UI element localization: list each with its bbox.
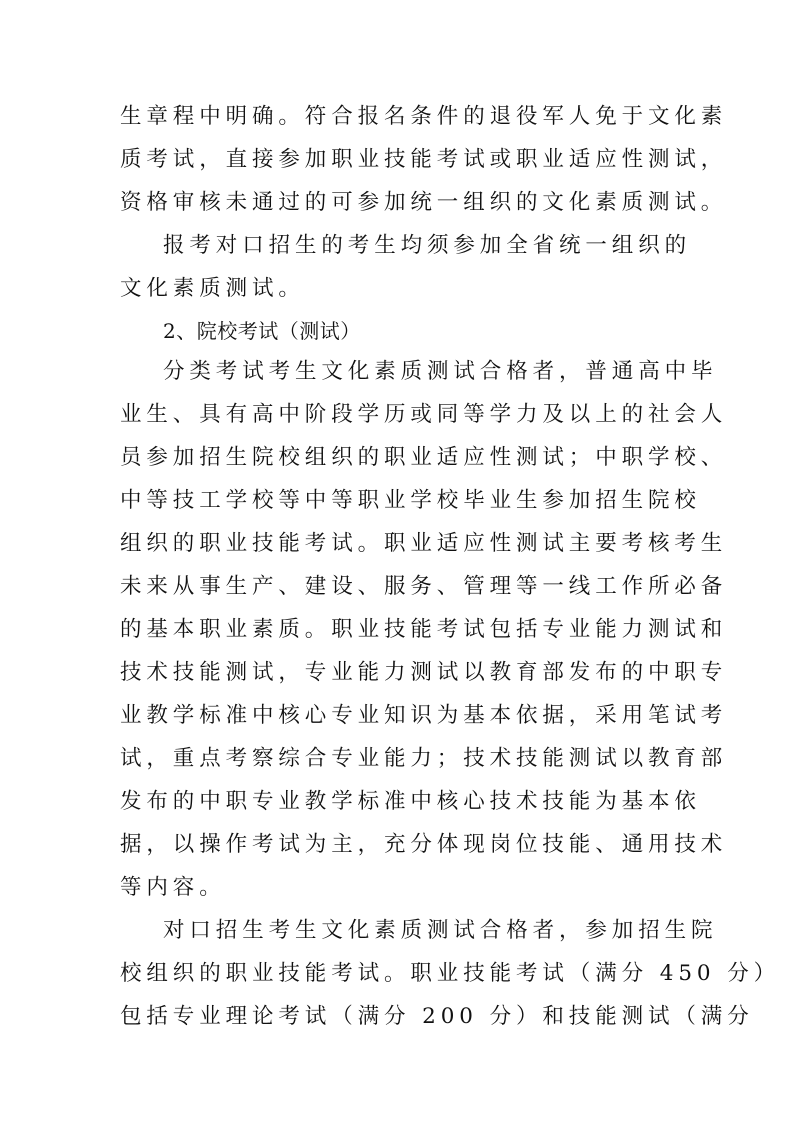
paragraph-line: 的基本职业素质。职业技能考试包括专业能力测试和 [120,613,686,647]
paragraph-line: 组织的职业技能考试。职业适应性测试主要考核考生 [120,527,686,561]
paragraph-line: 等内容。 [120,871,686,905]
paragraph-line: 中等技工学校等中等职业学校毕业生参加招生院校 [120,484,686,518]
paragraph-line: 分类考试考生文化素质测试合格者，普通高中毕 [163,355,686,389]
paragraph-line: 业生、具有高中阶段学历或同等学力及以上的社会人 [120,398,686,432]
paragraph-line: 文化素质测试。 [120,272,686,306]
paragraph-line: 校组织的职业技能考试。职业技能考试（满分 450 分） [120,957,686,991]
paragraph-line: 包括专业理论考试（满分 200 分）和技能测试（满分 [120,1000,686,1034]
paragraph-line: 据，以操作考试为主，充分体现岗位技能、通用技术 [120,828,686,862]
paragraph-line: 员参加招生院校组织的职业适应性测试；中职学校、 [120,441,686,475]
paragraph-line: 未来从事生产、建设、服务、管理等一线工作所必备 [120,570,686,604]
paragraph-line: 技术技能测试，专业能力测试以教育部发布的中职专 [120,656,686,690]
paragraph-line: 资格审核未通过的可参加统一组织的文化素质测试。 [120,186,686,220]
paragraph-line: 质考试，直接参加职业技能考试或职业适应性测试， [120,143,686,177]
paragraph-line: 生章程中明确。符合报名条件的退役军人免于文化素 [120,100,686,134]
paragraph-line: 报考对口招生的考生均须参加全省统一组织的 [163,229,686,263]
paragraph-line: 试，重点考察综合专业能力；技术技能测试以教育部 [120,742,686,776]
paragraph-line: 发布的中职专业教学标准中核心技术技能为基本依 [120,785,686,819]
paragraph-line: 对口招生考生文化素质测试合格者，参加招生院 [163,914,686,948]
document-page: 生章程中明确。符合报名条件的退役军人免于文化素 质考试，直接参加职业技能考试或职… [0,0,793,1122]
paragraph-line: 业教学标准中核心专业知识为基本依据，采用笔试考 [120,699,686,733]
section-heading: 2、院校考试（测试） [163,314,361,348]
